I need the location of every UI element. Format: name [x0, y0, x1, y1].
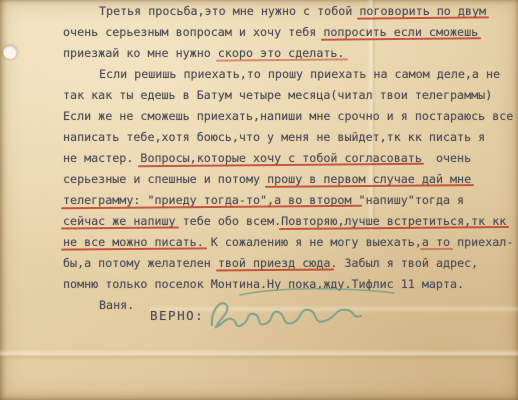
letter-text: Третья просьба,это мне нужно с тобой [99, 4, 359, 18]
letter-text: тебе обо всем. [176, 214, 282, 228]
letter-line: приезжай ко мне нужно скоро это сделать. [63, 43, 515, 64]
letter-text: серьезные и спешные и потому [63, 172, 267, 186]
letter-line: Третья просьба,это мне нужно с тобой пог… [63, 1, 515, 22]
letter-text: написать тебе,хотя боюсь,что у меня не в… [63, 130, 485, 144]
red-underlined-text: не все можно писать. [63, 235, 204, 249]
letter-line: бы,а потому желателен твой приезд сюда. … [63, 253, 515, 274]
letter-line: не мастер. Вопросы,которые хочу с тобой … [63, 148, 515, 169]
letter-text: очень серьезным вопросам и хочу тебя [63, 25, 323, 39]
red-underlined-text: прошу в первом случае дай мне [267, 172, 471, 186]
letter-text: бы,а потому желателен [63, 256, 218, 270]
punch-hole [3, 45, 17, 59]
letter-text: "напишу"тогда я [359, 193, 465, 207]
letter-line: так как ты едешь в Батум четыре месяца(ч… [63, 85, 515, 106]
scanned-letter-page: Третья просьба,это мне нужно с тобой пог… [0, 0, 518, 400]
red-underlined-text: поговорить по двум [359, 4, 486, 18]
letter-text: не мастер. [63, 151, 140, 165]
letter-text: очень [422, 151, 471, 165]
red-underlined-text: Вопросы,которые хочу с тобой согласовать [140, 151, 421, 165]
verno-label: ВЕРНО: [150, 308, 204, 323]
letter-line: не все можно писать. К сожалению я не мо… [63, 232, 515, 253]
red-underlined-text: а то [422, 235, 450, 249]
red-underlined-text: сейчас же напишу [63, 214, 176, 228]
letter-text: Если же не сможешь приехать,напиши мне с… [63, 109, 513, 123]
letter-line: серьезные и спешные и потому прошу в пер… [63, 169, 515, 190]
red-underlined-text: твой приезд сюда [218, 256, 331, 270]
signature-stroke [212, 303, 361, 327]
letter-line: Если же не сможешь приехать,напиши мне с… [63, 106, 515, 127]
red-underlined-text: попросить если сможешь [323, 25, 478, 39]
paper-sheet: Третья просьба,это мне нужно с тобой пог… [0, 0, 518, 400]
letter-line: Если решишь приехать,то прошу приехать н… [63, 64, 515, 85]
letter-text: К сожалению я не могу выехать, [204, 235, 422, 249]
letter-text: Ваня. [99, 298, 134, 312]
signature-overline [240, 289, 394, 295]
red-underlined-text: Повторяю,лучше встретиться,тк кк [281, 214, 506, 228]
letter-line: очень серьезным вопросам и хочу тебя поп… [63, 22, 515, 43]
letter-text: так как ты едешь в Батум четыре месяца(ч… [63, 88, 492, 102]
red-underlined-text: скоро это сделать. [218, 46, 345, 60]
letter-text: приехал- [450, 235, 513, 249]
letter-line: сейчас же напишу тебе обо всем.Повторяю,… [63, 211, 515, 232]
letter-text: приезжай ко мне нужно [63, 46, 218, 60]
letter-line: написать тебе,хотя боюсь,что у меня не в… [63, 127, 515, 148]
letter-text: Если решишь приехать,то прошу приехать н… [99, 67, 500, 81]
handwritten-signature [202, 281, 402, 341]
letter-lines: Третья просьба,это мне нужно с тобой пог… [63, 1, 515, 316]
letter-text: . Забыл я твой адрес, [330, 256, 478, 270]
letter-line: телеграмму: "приеду тогда-то",а во второ… [63, 190, 515, 211]
paper-crease-horizontal [0, 349, 518, 360]
red-underlined-text: телеграмму: "приеду тогда-то",а во второ… [63, 193, 359, 207]
